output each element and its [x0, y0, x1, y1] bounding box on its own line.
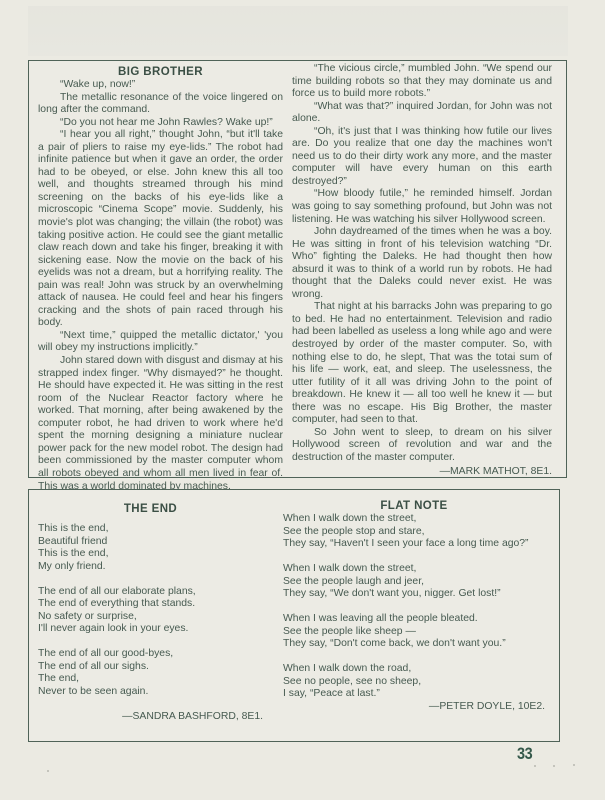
paper-speck — [553, 765, 555, 767]
poem-line: See no people, see no sheep, — [283, 676, 545, 689]
poem-stanza: When I walk down the street, See the peo… — [283, 563, 545, 601]
paper-speck — [573, 764, 575, 766]
story-column-left: BIG BROTHER “Wake up, now!” The metallic… — [38, 65, 283, 493]
paper-speck — [534, 765, 536, 767]
story-paragraph: The metallic resonance of the voice ling… — [38, 92, 283, 117]
story-paragraph: “The vicious circle,” mumbled John. “We … — [292, 63, 552, 101]
story-paragraph: John daydreamed of the times when he was… — [292, 226, 552, 301]
story-paragraph: “Oh, it's just that I was thinking how f… — [292, 126, 552, 189]
poem-flat-note: FLAT NOTE When I walk down the street, S… — [283, 499, 545, 714]
poem-line: The end, — [38, 673, 263, 686]
poem-line: They say, “We don't want you, nigger. Ge… — [283, 588, 545, 601]
poem-line: They say, “Don't come back, we don't wan… — [283, 638, 545, 651]
poem-stanza: When I walk down the road, See no people… — [283, 663, 545, 701]
poem-stanza: When I walk down the street, See the peo… — [283, 513, 545, 551]
story-paragraph: “Next time,” quipped the metallic dictat… — [38, 330, 283, 355]
paper-speck — [47, 770, 49, 772]
story-paragraph: “What was that?” inquired Jordan, for Jo… — [292, 101, 552, 126]
story-title: BIG BROTHER — [38, 65, 283, 79]
poem-line: See the people like sheep — — [283, 626, 545, 639]
poem-line: I say, “Peace at last.” — [283, 688, 545, 701]
faint-background-print — [28, 6, 568, 56]
poem-line: No safety or surprise, — [38, 611, 263, 624]
poem-line: Beautiful friend — [38, 536, 263, 549]
poem-line: See the people laugh and jeer, — [283, 576, 545, 589]
poem-the-end: THE END This is the end, Beautiful frien… — [38, 502, 263, 723]
story-paragraph: So John went to sleep, to dream on his s… — [292, 427, 552, 465]
story-paragraph: “I hear you all right,” thought John, “b… — [38, 129, 283, 330]
story-column-right: “The vicious circle,” mumbled John. “We … — [292, 63, 552, 478]
story-paragraph: That night at his barracks John was prep… — [292, 301, 552, 426]
poem-line: When I walk down the street, — [283, 513, 545, 526]
poem-line: Never to be seen again. — [38, 686, 263, 699]
poem-line: The end of everything that stands. — [38, 598, 263, 611]
story-paragraph: “Do you not hear me John Rawles? Wake up… — [38, 117, 283, 130]
poem-line: The end of all our good-byes, — [38, 648, 263, 661]
poem-line: When I walk down the street, — [283, 563, 545, 576]
poem-line: When I walk down the road, — [283, 663, 545, 676]
poem-byline: —SANDRA BASHFORD, 8E1. — [38, 711, 263, 724]
poem-stanza: The end of all our elaborate plans, The … — [38, 586, 263, 636]
poem-byline: —PETER DOYLE, 10E2. — [283, 701, 545, 714]
poem-line: I'll never again look in your eyes. — [38, 623, 263, 636]
poem-line: When I was leaving all the people bleate… — [283, 613, 545, 626]
poem-stanza: When I was leaving all the people bleate… — [283, 613, 545, 651]
story-frame-big-brother: BIG BROTHER “Wake up, now!” The metallic… — [28, 60, 567, 478]
poem-line: See the people stop and stare, — [283, 526, 545, 539]
poems-frame: THE END This is the end, Beautiful frien… — [28, 489, 560, 742]
story-paragraph: “How bloody futile,” he reminded himself… — [292, 188, 552, 226]
story-paragraph: John stared down with disgust and dismay… — [38, 355, 283, 493]
story-byline: —MARK MATHOT, 8E1. — [292, 466, 552, 479]
poem-stanza: This is the end, Beautiful friend This i… — [38, 523, 263, 573]
poem-line: This is the end, — [38, 523, 263, 536]
page-number: 33 — [517, 744, 532, 764]
poem-line: This is the end, — [38, 548, 263, 561]
poem-title: THE END — [38, 502, 263, 516]
poem-title: FLAT NOTE — [283, 499, 545, 513]
poem-line: The end of all our elaborate plans, — [38, 586, 263, 599]
poem-stanza: The end of all our good-byes, The end of… — [38, 648, 263, 698]
story-paragraph: “Wake up, now!” — [38, 79, 283, 92]
poem-line: The end of all our sighs. — [38, 661, 263, 674]
poem-line: They say, “Haven't I seen your face a lo… — [283, 538, 545, 551]
poem-line: My only friend. — [38, 561, 263, 574]
